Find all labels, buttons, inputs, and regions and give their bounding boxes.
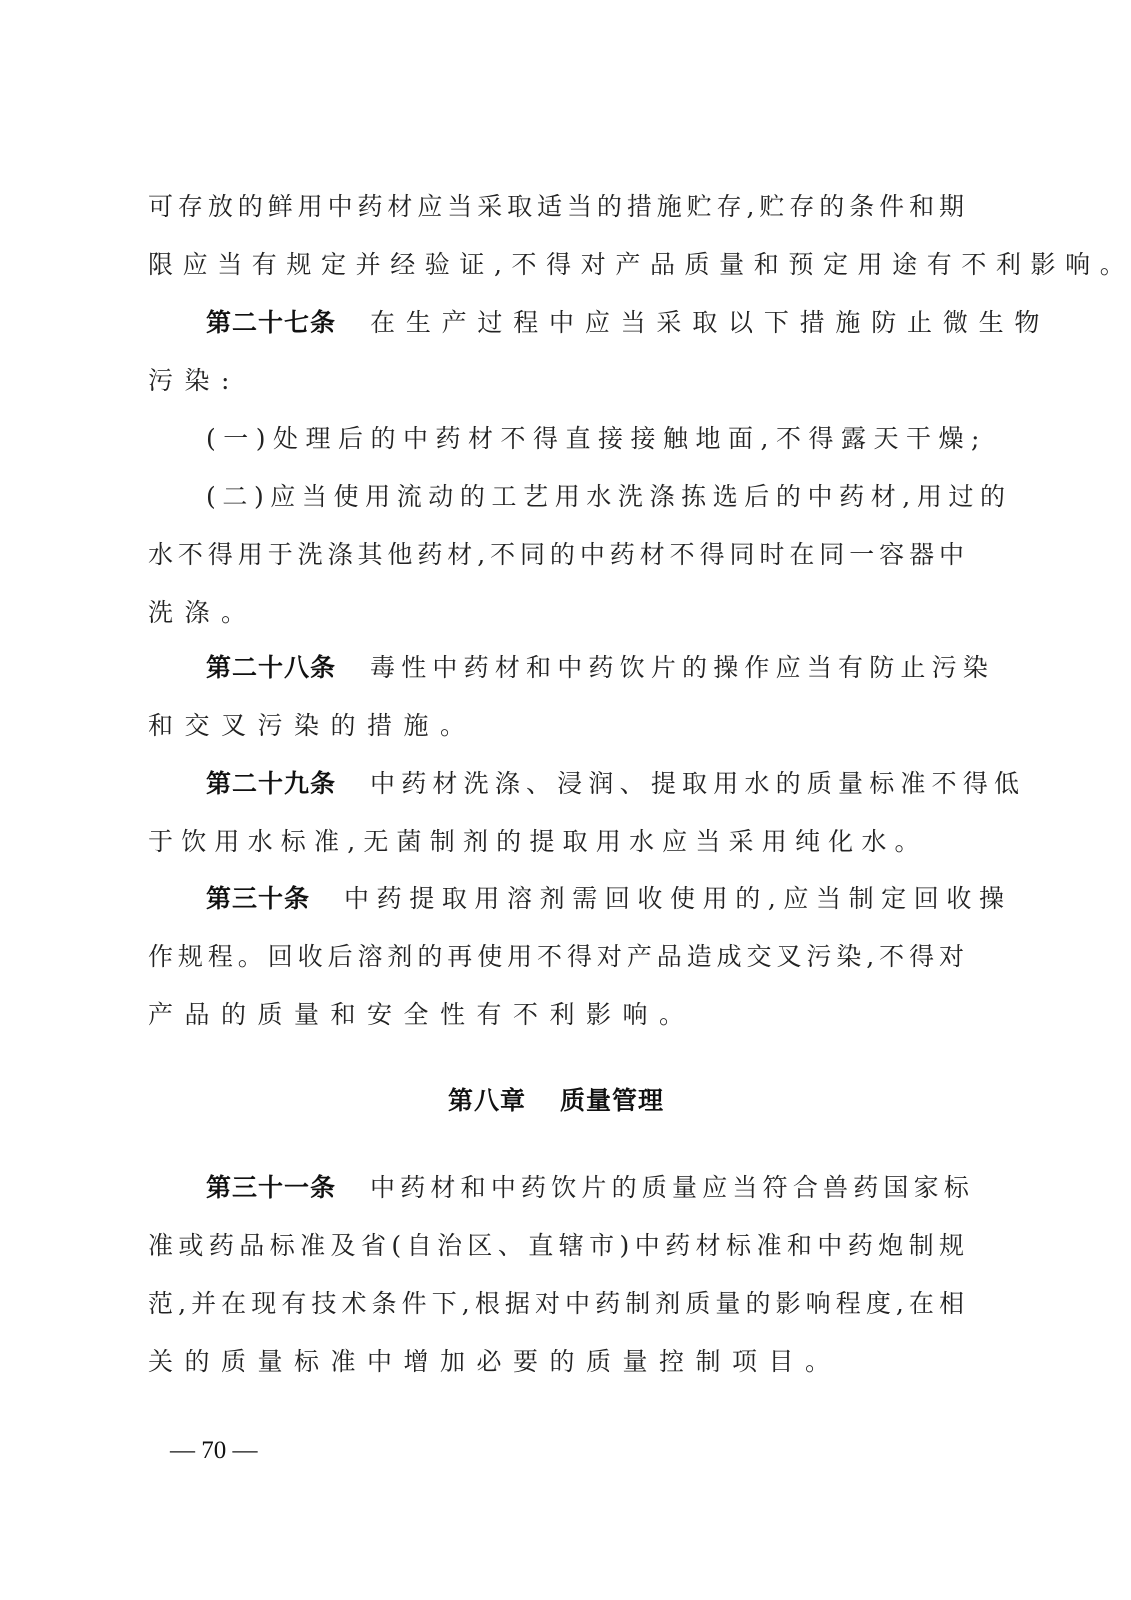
paragraph-line: 可存放的鲜用中药材应当采取适当的措施贮存,贮存的条件和期 <box>148 192 964 222</box>
paragraph-line: 产品的质量和安全性有不利影响。 <box>148 1000 964 1030</box>
article-heading: 第二十八条 <box>206 653 336 682</box>
paragraph-line: 作规程。回收后溶剂的再使用不得对产品造成交叉污染,不得对 <box>148 942 964 972</box>
chapter-number: 第八章 <box>448 1086 526 1115</box>
article-heading: 第二十九条 <box>206 769 336 798</box>
paragraph-line: 准或药品标准及省(自治区、直辖市)中药材标准和中药炮制规 <box>148 1231 964 1261</box>
article-text: 中药提取用溶剂需回收使用的,应当制定回收操 <box>344 884 1012 913</box>
article-text: 在生产过程中应当采取以下措施防止微生物 <box>370 308 1050 337</box>
paragraph-line: 水不得用于洗涤其他药材,不同的中药材不得同时在同一容器中 <box>148 540 964 570</box>
article-28: 第二十八条毒性中药材和中药饮片的操作应当有防止污染 <box>148 653 964 683</box>
paragraph-line: 洗涤。 <box>148 598 964 628</box>
article-heading: 第三十条 <box>206 884 310 913</box>
paragraph-line: 关的质量标准中增加必要的质量控制项目。 <box>148 1347 964 1377</box>
page-number: — 70 — <box>170 1436 258 1466</box>
paragraph-line: 限应当有规定并经验证,不得对产品质量和预定用途有不利影响。 <box>148 250 964 280</box>
list-item-1: (一)处理后的中药材不得直接接触地面,不得露天干燥; <box>148 424 964 454</box>
chapter-title: 质量管理 <box>560 1086 664 1115</box>
paragraph-line: 和交叉污染的措施。 <box>148 711 964 741</box>
paragraph-line: 范,并在现有技术条件下,根据对中药制剂质量的影响程度,在相 <box>148 1289 964 1319</box>
article-text: 中药材洗涤、浸润、提取用水的质量标准不得低 <box>370 769 1025 798</box>
article-text: 中药材和中药饮片的质量应当符合兽药国家标 <box>370 1173 974 1202</box>
list-item-2: (二)应当使用流动的工艺用水洗涤拣选后的中药材,用过的 <box>148 482 964 512</box>
paragraph-line: 于饮用水标准,无菌制剂的提取用水应当采用纯化水。 <box>148 827 964 857</box>
article-29: 第二十九条中药材洗涤、浸润、提取用水的质量标准不得低 <box>148 769 964 799</box>
chapter-heading: 第八章质量管理 <box>148 1086 964 1116</box>
paragraph-line: 污染: <box>148 366 964 396</box>
article-31: 第三十一条中药材和中药饮片的质量应当符合兽药国家标 <box>148 1173 964 1203</box>
article-text: 毒性中药材和中药饮片的操作应当有防止污染 <box>370 653 994 682</box>
article-30: 第三十条中药提取用溶剂需回收使用的,应当制定回收操 <box>148 884 964 914</box>
article-27: 第二十七条在生产过程中应当采取以下措施防止微生物 <box>148 308 964 338</box>
article-heading: 第三十一条 <box>206 1173 336 1202</box>
article-heading: 第二十七条 <box>206 308 336 337</box>
